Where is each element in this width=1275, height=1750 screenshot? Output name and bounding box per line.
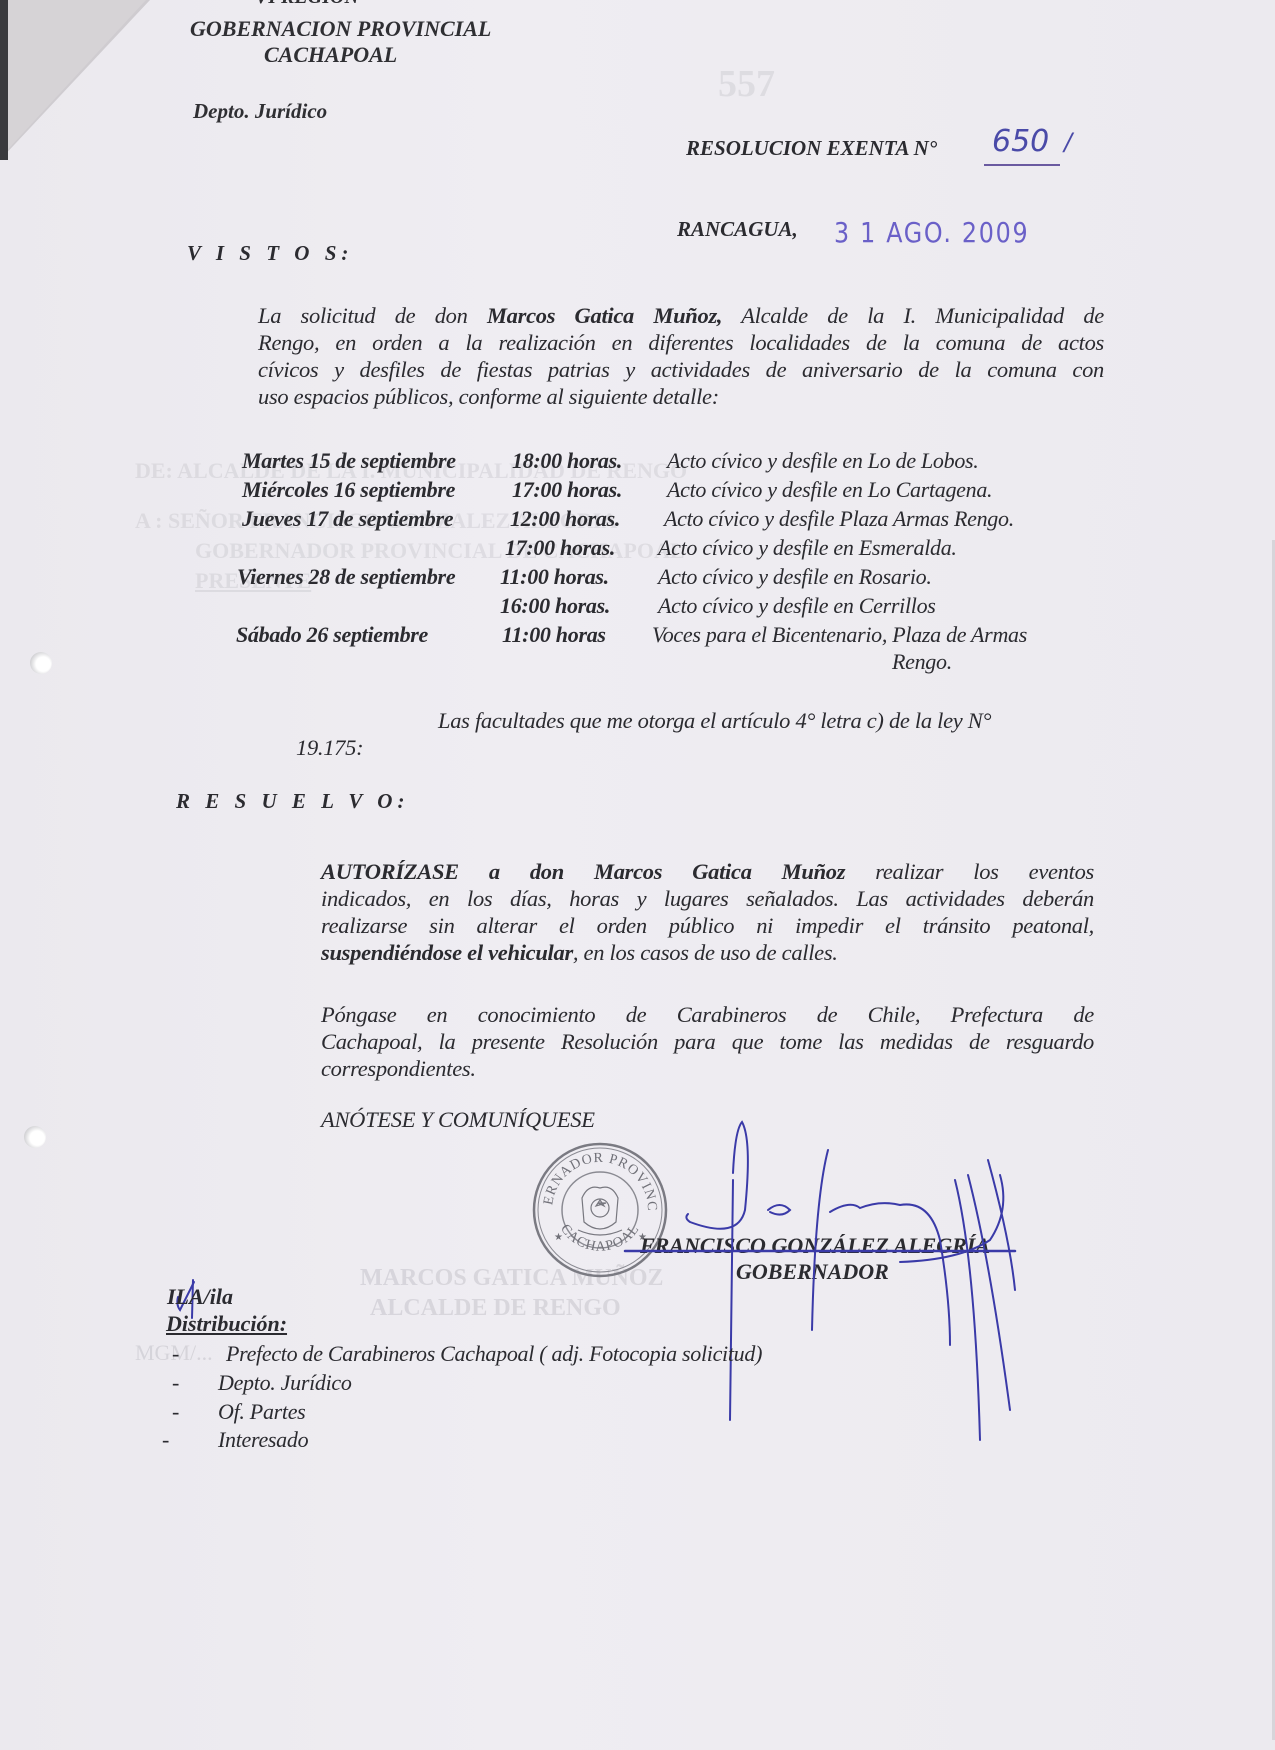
svg-text:★: ★ <box>554 1232 563 1243</box>
text: correspondientes. <box>321 1056 476 1081</box>
date-stamp: 3 1 AGO. 2009 <box>834 216 1029 249</box>
schedule-time: 17:00 horas. <box>505 535 615 561</box>
distribution-item: Depto. Jurídico <box>218 1370 352 1396</box>
punch-hole <box>24 1126 46 1148</box>
city-label: RANCAGUA, <box>677 217 798 242</box>
distribution-item: Of. Partes <box>218 1399 305 1425</box>
svg-text:CACHAPOAL: CACHAPOAL <box>557 1222 643 1255</box>
header-department: Depto. Jurídico <box>193 99 327 124</box>
text: Póngase en conocimiento de Carabineros d… <box>321 1002 1094 1027</box>
schedule-activity: Acto cívico y desfile Plaza Armas Rengo. <box>664 506 1014 532</box>
bold-text: AUTORÍZASE a don Marcos Gatica Muñoz <box>321 859 845 884</box>
paragraph-line: suspendiéndose el vehicular, en los caso… <box>321 939 1094 966</box>
vistos-heading: V I S T O S: <box>187 241 353 266</box>
drafter-initials: ILA/ila <box>167 1284 233 1310</box>
header-institution: GOBERNACION PROVINCIAL <box>190 16 491 42</box>
resuelvo-heading: R E S U E L V O: <box>176 789 409 814</box>
closing-formula: ANÓTESE Y COMUNÍQUESE <box>321 1107 595 1133</box>
scan-edge <box>0 0 8 160</box>
document-page: 557 DE: ALCALDE DE LA I. MUNICIPALIDAD D… <box>0 0 1275 1750</box>
bullet-dash: - <box>172 1370 179 1396</box>
schedule-time: 11:00 horas. <box>500 564 609 590</box>
bold-text: suspendiéndose el vehicular <box>321 940 573 965</box>
paragraph-line: indicados, en los días, horas y lugares … <box>321 885 1094 912</box>
paragraph-line: cívicos y desfiles de fiestas patrias y … <box>258 356 1104 383</box>
paragraph-line: AUTORÍZASE a don Marcos Gatica Muñoz rea… <box>321 858 1094 885</box>
folded-corner-shade <box>0 0 146 158</box>
schedule-activity: Acto cívico y desfile en Rosario. <box>658 564 932 590</box>
schedule-day: Martes 15 de septiembre <box>242 448 456 474</box>
text: realizar los eventos <box>845 859 1094 884</box>
distribution-item: Prefecto de Carabineros Cachapoal ( adj.… <box>226 1341 762 1367</box>
text: Rengo, en orden a la realización en dife… <box>258 330 1104 355</box>
resolution-number-mark: / <box>1064 128 1072 156</box>
bullet-dash: - <box>162 1427 169 1453</box>
bullet-dash: - <box>172 1341 179 1367</box>
paragraph-line: uso espacios públicos, conforme al sigui… <box>258 383 1104 410</box>
schedule-time: 17:00 horas. <box>512 477 622 503</box>
vistos-paragraph: La solicitud de don Marcos Gatica Muñoz,… <box>258 302 1104 410</box>
resolution-number-underline <box>984 164 1060 166</box>
legal-basis-line1: Las facultades que me otorga el artículo… <box>438 708 991 734</box>
schedule-time: 16:00 horas. <box>500 593 610 619</box>
schedule-activity: Acto cívico y desfile en Esmeralda. <box>658 535 957 561</box>
text: uso espacios públicos, conforme al sigui… <box>258 384 719 409</box>
text: La solicitud de don <box>258 303 487 328</box>
schedule-time: 11:00 horas <box>502 622 606 648</box>
signatory-title: GOBERNADOR <box>736 1259 889 1285</box>
text: Alcalde de la I. Municipalidad de <box>722 303 1104 328</box>
paragraph-line: Cachapoal, la presente Resolución para q… <box>321 1028 1094 1055</box>
resolution-label: RESOLUCION EXENTA N° <box>686 136 937 161</box>
schedule-day: Jueves 17 de septiembre <box>242 506 453 532</box>
authorization-paragraph: AUTORÍZASE a don Marcos Gatica Muñoz rea… <box>321 858 1094 966</box>
paragraph-line: realizarse sin alterar el orden público … <box>321 912 1094 939</box>
schedule-activity: Voces para el Bicentenario, Plaza de Arm… <box>652 622 1027 648</box>
schedule-activity: Acto cívico y desfile en Lo de Lobos. <box>667 448 979 474</box>
paragraph-line: Póngase en conocimiento de Carabineros d… <box>321 1001 1094 1028</box>
bleed-through: 557 <box>718 62 775 106</box>
paragraph-line: Rengo, en orden a la realización en dife… <box>258 329 1104 356</box>
schedule-time: 12:00 horas. <box>510 506 620 532</box>
notification-paragraph: Póngase en conocimiento de Carabineros d… <box>321 1001 1094 1082</box>
schedule-day: Viernes 28 de septiembre <box>237 564 455 590</box>
schedule-time: 18:00 horas. <box>512 448 622 474</box>
bullet-dash: - <box>172 1399 179 1425</box>
official-seal-icon: GOBERNADOR PROVINCIAL CACHAPOAL ★ ★ <box>530 1140 670 1280</box>
text: Cachapoal, la presente Resolución para q… <box>321 1029 1094 1054</box>
schedule-activity: Acto cívico y desfile en Cerrillos <box>658 593 936 619</box>
distribution-heading: Distribución: <box>166 1311 287 1337</box>
schedule-activity: Acto cívico y desfile en Lo Cartagena. <box>667 477 992 503</box>
text: indicados, en los días, horas y lugares … <box>321 886 1094 911</box>
schedule-day: Sábado 26 septiembre <box>236 622 428 648</box>
schedule-activity-continued: Rengo. <box>892 649 952 675</box>
signatory-name: FRANCISCO GONZÁLEZ ALEGRÍA <box>640 1233 990 1259</box>
header-region: VI REGION <box>255 0 359 9</box>
bleed-through: ALCALDE DE RENGO <box>370 1295 621 1322</box>
schedule-day: Miércoles 16 septiembre <box>242 477 455 503</box>
bold-text: Marcos Gatica Muñoz, <box>487 303 722 328</box>
paragraph-line: La solicitud de don Marcos Gatica Muñoz,… <box>258 302 1104 329</box>
header-province: CACHAPOAL <box>264 42 397 68</box>
text: cívicos y desfiles de fiestas patrias y … <box>258 357 1104 382</box>
distribution-item: Interesado <box>218 1427 308 1453</box>
resolution-number: 650 <box>992 124 1049 159</box>
text: realizarse sin alterar el orden público … <box>321 913 1094 938</box>
paragraph-line: correspondientes. <box>321 1055 1094 1082</box>
text: , en los casos de uso de calles. <box>573 940 838 965</box>
punch-hole <box>30 652 52 674</box>
legal-basis-line2: 19.175: <box>296 735 363 761</box>
